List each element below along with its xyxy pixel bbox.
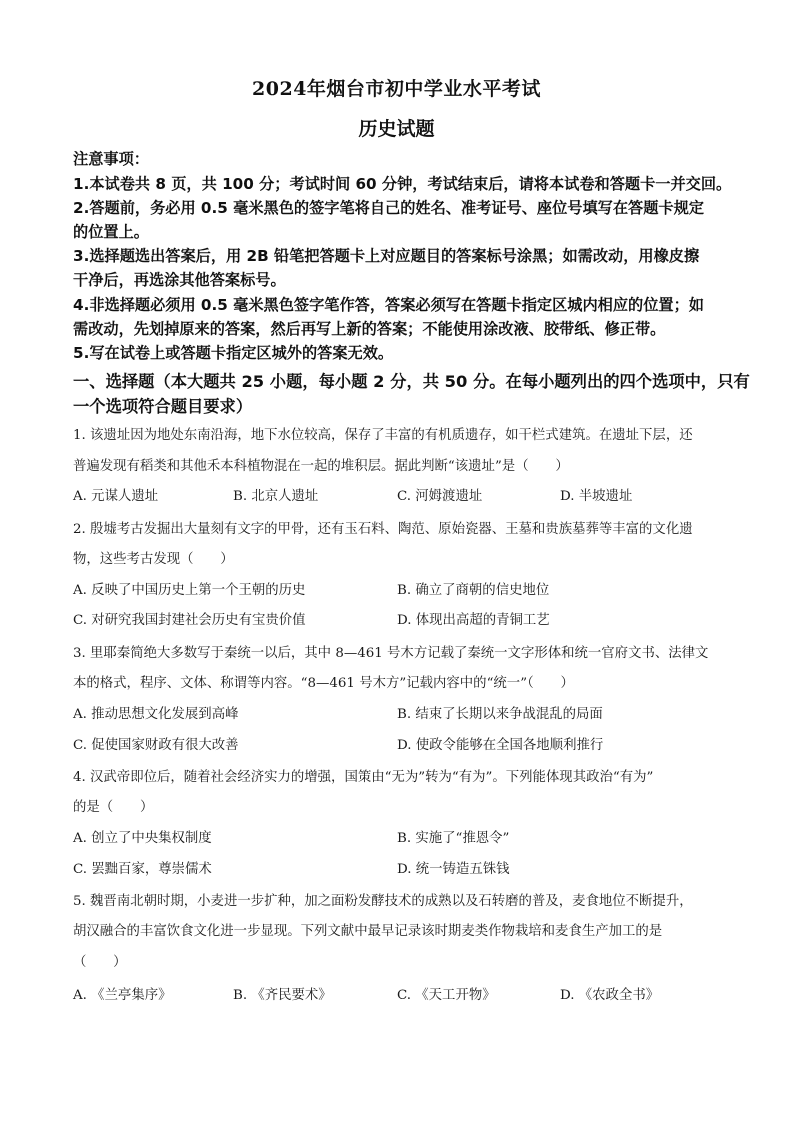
q4-option-b: B. 实施了“推恩令” [397, 827, 509, 846]
q5-option-d: D. 《农政全书》 [560, 984, 659, 1003]
q5-option-c: C. 《天工开物》 [397, 984, 496, 1003]
section-heading: 一、选择题（本大题共 25 小题，每小题 2 分，共 50 分。在每小题列出的四… [73, 368, 733, 392]
q3-option-d: D. 使政令能够在全国各地顺利推行 [397, 734, 603, 753]
question-4-text: 4. 汉武帝即位后，随着社会经济实力的增强，国策由“无为”转为“有为”。下列能体… [73, 766, 733, 785]
exam-subtitle: 历史试题 [0, 114, 793, 141]
q1-option-a: A. 元谋人遗址 [73, 485, 158, 504]
notice-heading: 注意事项： [73, 148, 733, 169]
q5-option-a: A. 《兰亭集序》 [73, 984, 172, 1003]
notice-line: 的位置上。 [73, 221, 733, 242]
q4-option-a: A. 创立了中央集权制度 [73, 827, 212, 846]
q4-option-c: C. 罢黜百家，尊崇儒术 [73, 858, 212, 877]
q1-option-c: C. 河姆渡遗址 [397, 485, 482, 504]
question-5-text: 胡汉融合的丰富饮食文化进一步显现。下列文献中最早记录该时期麦类作物栽培和麦食生产… [73, 920, 733, 939]
question-5-text: （ ） [73, 951, 733, 970]
notice-line: 需改动，先划掉原来的答案，然后再写上新的答案；不能使用涂改液、胶带纸、修正带。 [73, 318, 733, 339]
q2-option-b: B. 确立了商朝的信史地位 [397, 579, 549, 598]
q1-option-d: D. 半坡遗址 [560, 485, 632, 504]
question-5-text: 5. 魏晋南北朝时期，小麦进一步扩种，加之面粉发酵技术的成熟以及石转磨的普及，麦… [73, 890, 733, 909]
q3-option-c: C. 促使国家财政有很大改善 [73, 734, 239, 753]
q2-option-d: D. 体现出高超的青铜工艺 [397, 609, 550, 628]
question-1-text: 普遍发现有稻类和其他禾本科植物混在一起的堆积层。据此判断“该遗址”是（ ） [73, 455, 733, 474]
q4-option-d: D. 统一铸造五铢钱 [397, 858, 510, 877]
question-2-text: 2. 殷墟考古发掘出大量刻有文字的甲骨，还有玉石料、陶范、原始瓷器、王墓和贵族墓… [73, 518, 733, 537]
notice-line: 干净后，再选涂其他答案标号。 [73, 269, 733, 290]
question-1-text: 1. 该遗址因为地处东南沿海，地下水位较高，保存了丰富的有机质遗存，如干栏式建筑… [73, 424, 733, 443]
exam-title: 2024年烟台市初中学业水平考试 [0, 74, 793, 101]
q1-option-b: B. 北京人遗址 [233, 485, 318, 504]
q3-option-b: B. 结束了长期以来争战混乱的局面 [397, 703, 603, 722]
question-3-text: 3. 里耶秦简绝大多数写于秦统一以后，其中 8—461 号木方记载了秦统一文字形… [73, 642, 733, 661]
q3-option-a: A. 推动思想文化发展到高峰 [73, 703, 238, 722]
question-4-text: 的是（ ） [73, 796, 733, 815]
q5-option-b: B. 《齐民要术》 [233, 984, 332, 1003]
notice-line: 3.选择题选出答案后，用 2B 铅笔把答题卡上对应题目的答案标号涂黑；如需改动，… [73, 245, 733, 266]
notice-line: 5.写在试卷上或答题卡指定区城外的答案无效。 [73, 342, 733, 363]
notice-line: 1.本试卷共 8 页，共 100 分；考试时间 60 分钟，考试结束后，请将本试… [73, 173, 733, 194]
question-3-text: 本的格式，程序、文体、称谓等内容。“8—461 号木方”记载内容中的“统一”（ … [73, 672, 733, 691]
section-heading: 一个选项符合题目要求） [73, 393, 733, 417]
notice-line: 2.答题前，务必用 0.5 毫米黑色的签字笔将自己的姓名、准考证号、座位号填写在… [73, 197, 733, 218]
question-2-text: 物，这些考古发现（ ） [73, 548, 733, 567]
notice-line: 4.非选择题必须用 0.5 毫米黑色签字笔作答，答案必须写在答题卡指定区城内相应… [73, 294, 733, 315]
exam-page: 2024年烟台市初中学业水平考试 历史试题 注意事项： 1.本试卷共 8 页，共… [0, 0, 793, 1122]
q2-option-a: A. 反映了中国历史上第一个王朝的历史 [73, 579, 305, 598]
q2-option-c: C. 对研究我国封建社会历史有宝贵价值 [73, 609, 306, 628]
